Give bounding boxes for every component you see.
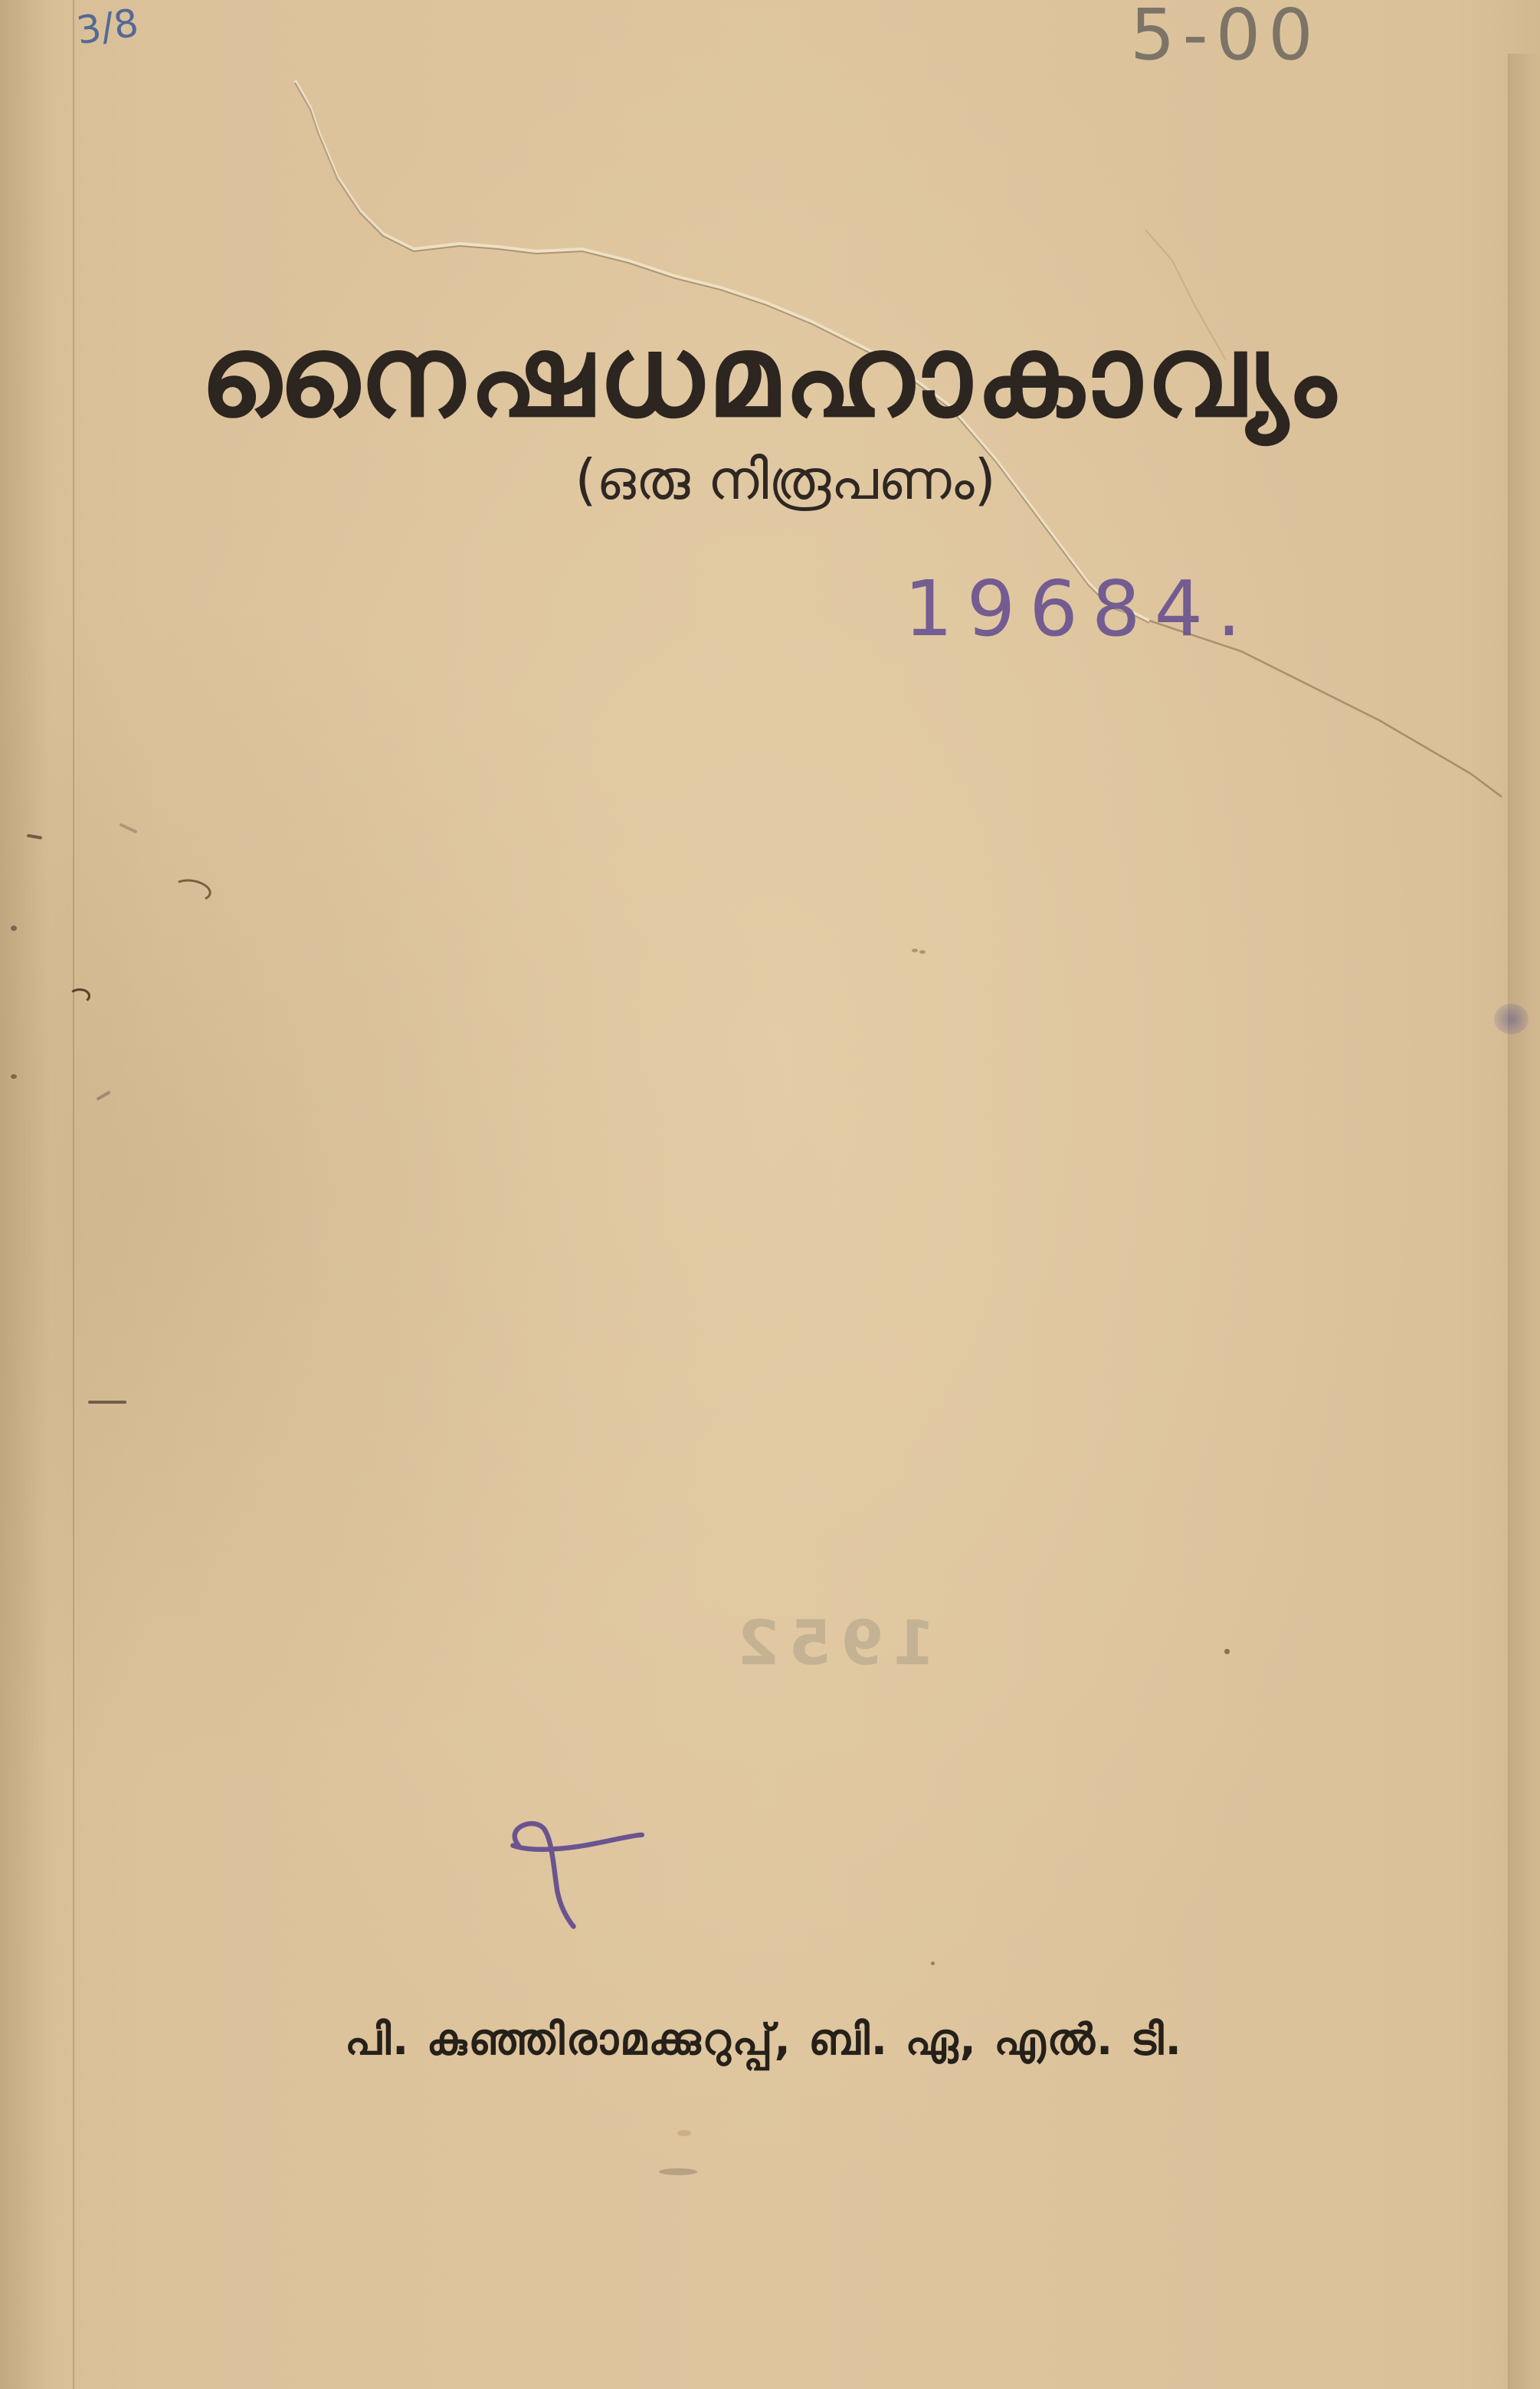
pencil-price-mark: 5-00: [1130, 0, 1321, 70]
title-page: 3/8 5-00 നൈഷധമഹാകാവ്യം (ഒരു നിരൂപണം) 196…: [0, 0, 1540, 2389]
paper-speck: [912, 949, 918, 952]
corner-ink-mark: 3/8: [74, 4, 141, 51]
paper-speck: [931, 1961, 935, 1965]
wormhole: [171, 877, 213, 904]
paper-speck: [11, 926, 17, 931]
year-bleedthrough: 1952: [728, 1613, 935, 1674]
edge-mark: [119, 823, 137, 834]
wormhole: [69, 988, 90, 1004]
paper-speck: [677, 2130, 691, 2136]
reverse-side-bleedthrough: ​: [184, 1042, 1486, 1073]
paper-speck: [1224, 1649, 1230, 1654]
edge-mark: [88, 1401, 126, 1404]
paper-speck: [11, 1074, 17, 1079]
accession-number: 19684.: [904, 571, 1255, 647]
paper-speck: [919, 950, 926, 954]
paper-speck: [659, 2168, 697, 2175]
book-subtitle: (ഒരു നിരൂപണം): [0, 452, 1540, 507]
book-title: നൈഷധമഹാകാവ്യം: [0, 320, 1540, 433]
author-line: പി. കുഞ്ഞിരാമക്കുറുപ്പ്, ബി. ഏ, എൽ. ടി.: [345, 2019, 1525, 2062]
ink-smudge: [1494, 1004, 1529, 1034]
handwritten-tick-mark: [490, 1812, 667, 1942]
edge-mark: [96, 1090, 110, 1100]
